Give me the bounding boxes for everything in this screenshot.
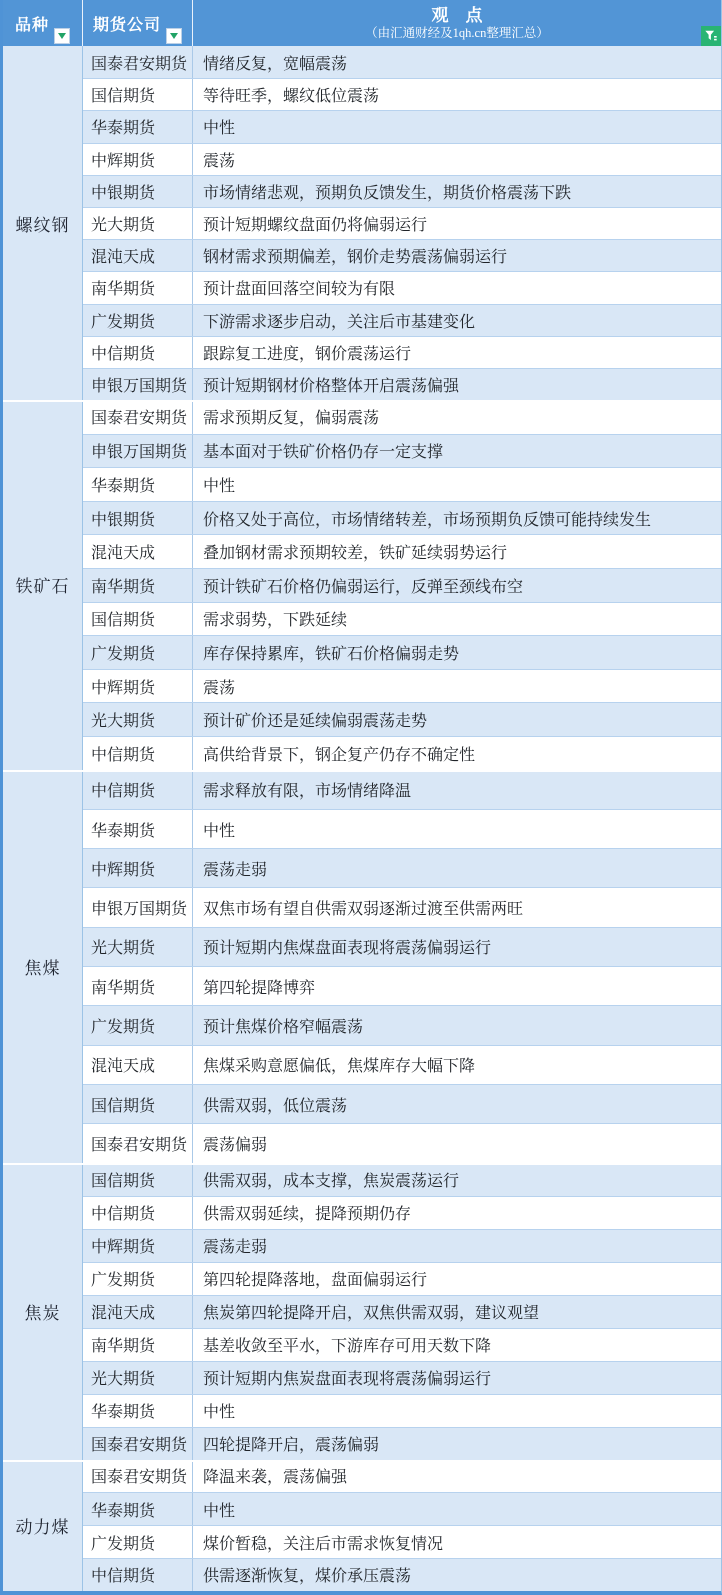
variety-cell: 铁矿石 <box>3 400 83 770</box>
company-cell: 中银期货 <box>83 502 193 535</box>
company-cell: 申银万国期货 <box>83 435 193 468</box>
table-row: 国信期货需求弱势，下跌延续 <box>83 602 721 636</box>
table-row: 国泰君安期货震荡偏弱 <box>83 1123 721 1162</box>
company-cell: 光大期货 <box>83 1362 193 1394</box>
table-row: 广发期货第四轮提降落地，盘面偏弱运行 <box>83 1262 721 1295</box>
company-cell: 国泰君安期货 <box>83 400 193 434</box>
company-cell: 国泰君安期货 <box>83 1460 193 1493</box>
table-row: 华泰期货中性 <box>83 1394 721 1427</box>
company-cell: 中辉期货 <box>83 849 193 887</box>
company-cell: 国泰君安期货 <box>83 46 193 78</box>
table-row: 国信期货等待旺季，螺纹低位震荡 <box>83 78 721 110</box>
view-cell: 跟踪复工进度，钢价震荡运行 <box>193 337 721 368</box>
table-row: 中辉期货震荡 <box>83 143 721 175</box>
view-cell: 钢材需求预期偏差，钢价走势震荡偏弱运行 <box>193 240 721 271</box>
company-cell: 华泰期货 <box>83 1395 193 1427</box>
view-cell: 预计短期内焦煤盘面表现将震荡偏弱运行 <box>193 928 721 966</box>
commodity-section: 铁矿石国泰君安期货需求预期反复，偏弱震荡申银万国期货基本面对于铁矿价格仍存一定支… <box>3 400 721 770</box>
variety-label: 焦煤 <box>25 954 61 979</box>
table-row: 国信期货供需双弱，成本支撑，焦炭震荡运行 <box>83 1163 721 1196</box>
table-row: 中信期货供需双弱延续，提降预期仍存 <box>83 1196 721 1229</box>
company-cell: 华泰期货 <box>83 111 193 142</box>
table-row: 国泰君安期货需求预期反复，偏弱震荡 <box>83 400 721 434</box>
company-cell: 广发期货 <box>83 1006 193 1044</box>
company-cell: 广发期货 <box>83 636 193 669</box>
variety-label: 螺纹钢 <box>16 211 70 236</box>
company-cell: 光大期货 <box>83 928 193 966</box>
company-cell: 中辉期货 <box>83 144 193 175</box>
variety-cell: 动力煤 <box>3 1460 83 1591</box>
view-cell: 中性 <box>193 810 721 848</box>
chevron-down-icon <box>58 33 66 39</box>
company-cell: 南华期货 <box>83 569 193 602</box>
company-cell: 中信期货 <box>83 337 193 368</box>
table-row: 中信期货供需逐渐恢复，煤价承压震荡 <box>83 1558 721 1591</box>
company-cell: 申银万国期货 <box>83 369 193 400</box>
company-cell: 南华期货 <box>83 1329 193 1361</box>
view-cell: 下游需求逐步启动，关注后市基建变化 <box>193 305 721 336</box>
company-cell: 中信期货 <box>83 770 193 809</box>
view-cell: 第四轮提降博弈 <box>193 967 721 1005</box>
table-row: 华泰期货中性 <box>83 1492 721 1525</box>
table-row: 国泰君安期货四轮提降开启，震荡偏弱 <box>83 1427 721 1460</box>
funnel-filter-button[interactable] <box>701 26 721 46</box>
table-row: 华泰期货中性 <box>83 110 721 142</box>
company-cell: 混沌天成 <box>83 1046 193 1084</box>
view-cell: 需求释放有限，市场情绪降温 <box>193 770 721 809</box>
view-cell: 基本面对于铁矿价格仍存一定支撑 <box>193 435 721 468</box>
table-row: 国信期货供需双弱，低位震荡 <box>83 1084 721 1123</box>
view-cell: 库存保持累库，铁矿石价格偏弱走势 <box>193 636 721 669</box>
view-cell: 四轮提降开启，震荡偏弱 <box>193 1428 721 1460</box>
company-cell: 中信期货 <box>83 1559 193 1591</box>
header-cell-view: 观 点 （由汇通财经及1qh.cn整理汇总） <box>193 0 721 46</box>
table-row: 国泰君安期货降温来袭，震荡偏强 <box>83 1460 721 1493</box>
company-cell: 混沌天成 <box>83 240 193 271</box>
commodity-section: 焦炭国信期货供需双弱，成本支撑，焦炭震荡运行中信期货供需双弱延续，提降预期仍存中… <box>3 1163 721 1460</box>
view-cell: 预计短期内焦炭盘面表现将震荡偏弱运行 <box>193 1362 721 1394</box>
table-row: 混沌天成钢材需求预期偏差，钢价走势震荡偏弱运行 <box>83 239 721 271</box>
view-cell: 预计铁矿石价格仍偏弱运行，反弹至颈线布空 <box>193 569 721 602</box>
company-cell: 国泰君安期货 <box>83 1428 193 1460</box>
table-row: 广发期货下游需求逐步启动，关注后市基建变化 <box>83 304 721 336</box>
view-cell: 焦煤采购意愿偏低，焦煤库存大幅下降 <box>193 1046 721 1084</box>
view-cell: 降温来袭，震荡偏强 <box>193 1460 721 1493</box>
table-row: 南华期货预计盘面回落空间较为有限 <box>83 271 721 303</box>
chevron-down-icon <box>170 33 178 39</box>
table-body: 螺纹钢国泰君安期货情绪反复，宽幅震荡国信期货等待旺季，螺纹低位震荡华泰期货中性中… <box>3 46 721 1591</box>
variety-cell: 焦炭 <box>3 1163 83 1460</box>
company-cell: 中信期货 <box>83 737 193 770</box>
table-row: 华泰期货中性 <box>83 467 721 501</box>
table-row: 中银期货市场情绪悲观，预期负反馈发生，期货价格震荡下跌 <box>83 175 721 207</box>
view-cell: 双焦市场有望自供需双弱逐渐过渡至供需两旺 <box>193 888 721 926</box>
variety-label: 铁矿石 <box>16 572 70 597</box>
table-row: 广发期货库存保持累库，铁矿石价格偏弱走势 <box>83 635 721 669</box>
view-cell: 需求弱势，下跌延续 <box>193 603 721 636</box>
table-row: 广发期货煤价暂稳，关注后市需求恢复情况 <box>83 1525 721 1558</box>
view-cell: 预计短期螺纹盘面仍将偏弱运行 <box>193 208 721 239</box>
table-header: 品种 期货公司 观 点 （由汇通财经及1qh.cn整理汇总） <box>3 0 721 46</box>
header-variety-label: 品种 <box>15 12 49 35</box>
view-cell: 中性 <box>193 468 721 501</box>
futures-views-table: 品种 期货公司 观 点 （由汇通财经及1qh.cn整理汇总） 螺纹钢国泰君安期货 <box>0 0 722 1595</box>
table-row: 光大期货预计短期螺纹盘面仍将偏弱运行 <box>83 207 721 239</box>
company-cell: 混沌天成 <box>83 535 193 568</box>
company-cell: 广发期货 <box>83 1526 193 1558</box>
variety-cell: 焦煤 <box>3 770 83 1163</box>
table-row: 广发期货预计焦煤价格窄幅震荡 <box>83 1005 721 1044</box>
view-cell: 震荡走弱 <box>193 1230 721 1262</box>
variety-cell: 螺纹钢 <box>3 46 83 400</box>
table-row: 华泰期货中性 <box>83 809 721 848</box>
view-cell: 震荡 <box>193 670 721 703</box>
header-cell-variety: 品种 <box>3 0 83 46</box>
view-column-title: 观 点 <box>432 6 483 26</box>
view-cell: 煤价暂稳，关注后市需求恢复情况 <box>193 1526 721 1558</box>
company-cell: 华泰期货 <box>83 1493 193 1525</box>
view-cell: 震荡走弱 <box>193 849 721 887</box>
company-cell: 南华期货 <box>83 967 193 1005</box>
table-row: 混沌天成叠加钢材需求预期较差，铁矿延续弱势运行 <box>83 534 721 568</box>
table-row: 申银万国期货预计短期钢材价格整体开启震荡偏强 <box>83 368 721 400</box>
company-cell: 申银万国期货 <box>83 888 193 926</box>
table-row: 光大期货预计矿价还是延续偏弱震荡走势 <box>83 702 721 736</box>
table-row: 中信期货高供给背景下，钢企复产仍存不确定性 <box>83 736 721 770</box>
view-cell: 供需逐渐恢复，煤价承压震荡 <box>193 1559 721 1591</box>
table-row: 中辉期货震荡走弱 <box>83 1229 721 1262</box>
view-cell: 市场情绪悲观，预期负反馈发生，期货价格震荡下跌 <box>193 176 721 207</box>
view-cell: 供需双弱，低位震荡 <box>193 1085 721 1123</box>
view-cell: 预计焦煤价格窄幅震荡 <box>193 1006 721 1044</box>
company-cell: 国信期货 <box>83 79 193 110</box>
view-cell: 等待旺季，螺纹低位震荡 <box>193 79 721 110</box>
view-cell: 焦炭第四轮提降开启，双焦供需双弱，建议观望 <box>193 1296 721 1328</box>
view-cell: 震荡偏弱 <box>193 1124 721 1162</box>
company-cell: 华泰期货 <box>83 468 193 501</box>
view-cell: 叠加钢材需求预期较差，铁矿延续弱势运行 <box>193 535 721 568</box>
company-cell: 中辉期货 <box>83 1230 193 1262</box>
table-row: 申银万国期货双焦市场有望自供需双弱逐渐过渡至供需两旺 <box>83 887 721 926</box>
table-row: 中辉期货震荡走弱 <box>83 848 721 887</box>
view-cell: 中性 <box>193 1395 721 1427</box>
company-cell: 中信期货 <box>83 1197 193 1229</box>
table-row: 南华期货基差收敛至平水，下游库存可用天数下降 <box>83 1328 721 1361</box>
commodity-section: 焦煤中信期货需求释放有限，市场情绪降温华泰期货中性中辉期货震荡走弱申银万国期货双… <box>3 770 721 1163</box>
view-cell: 预计短期钢材价格整体开启震荡偏强 <box>193 369 721 400</box>
company-cell: 南华期货 <box>83 272 193 303</box>
funnel-icon <box>704 29 718 43</box>
company-cell: 华泰期货 <box>83 810 193 848</box>
company-cell: 国泰君安期货 <box>83 1124 193 1162</box>
company-cell: 国信期货 <box>83 1163 193 1196</box>
commodity-section: 动力煤国泰君安期货降温来袭，震荡偏强华泰期货中性广发期货煤价暂稳，关注后市需求恢… <box>3 1460 721 1591</box>
view-cell: 震荡 <box>193 144 721 175</box>
company-cell: 中辉期货 <box>83 670 193 703</box>
company-filter-button[interactable] <box>166 28 182 44</box>
view-cell: 供需双弱延续，提降预期仍存 <box>193 1197 721 1229</box>
header-cell-company: 期货公司 <box>83 0 193 46</box>
company-cell: 广发期货 <box>83 1263 193 1295</box>
table-row: 中信期货需求释放有限，市场情绪降温 <box>83 770 721 809</box>
view-cell: 中性 <box>193 1493 721 1525</box>
table-row: 国泰君安期货情绪反复，宽幅震荡 <box>83 46 721 78</box>
header-company-label: 期货公司 <box>93 12 161 35</box>
view-cell: 高供给背景下，钢企复产仍存不确定性 <box>193 737 721 770</box>
variety-filter-button[interactable] <box>54 28 70 44</box>
view-cell: 基差收敛至平水，下游库存可用天数下降 <box>193 1329 721 1361</box>
company-cell: 中银期货 <box>83 176 193 207</box>
table-row: 申银万国期货基本面对于铁矿价格仍存一定支撑 <box>83 434 721 468</box>
table-row: 南华期货预计铁矿石价格仍偏弱运行，反弹至颈线布空 <box>83 568 721 602</box>
table-row: 混沌天成焦炭第四轮提降开启，双焦供需双弱，建议观望 <box>83 1295 721 1328</box>
company-cell: 广发期货 <box>83 305 193 336</box>
table-row: 南华期货第四轮提降博弈 <box>83 966 721 1005</box>
company-cell: 国信期货 <box>83 603 193 636</box>
view-cell: 情绪反复，宽幅震荡 <box>193 46 721 78</box>
table-row: 光大期货预计短期内焦炭盘面表现将震荡偏弱运行 <box>83 1361 721 1394</box>
variety-label: 动力煤 <box>16 1513 70 1538</box>
view-cell: 需求预期反复，偏弱震荡 <box>193 400 721 434</box>
commodity-section: 螺纹钢国泰君安期货情绪反复，宽幅震荡国信期货等待旺季，螺纹低位震荡华泰期货中性中… <box>3 46 721 400</box>
table-row: 中辉期货震荡 <box>83 669 721 703</box>
company-cell: 混沌天成 <box>83 1296 193 1328</box>
table-row: 中信期货跟踪复工进度，钢价震荡运行 <box>83 336 721 368</box>
company-cell: 国信期货 <box>83 1085 193 1123</box>
view-cell: 第四轮提降落地，盘面偏弱运行 <box>193 1263 721 1295</box>
table-row: 中银期货价格又处于高位，市场情绪转差，市场预期负反馈可能持续发生 <box>83 501 721 535</box>
view-column-subtitle: （由汇通财经及1qh.cn整理汇总） <box>365 26 549 40</box>
table-row: 混沌天成焦煤采购意愿偏低，焦煤库存大幅下降 <box>83 1045 721 1084</box>
table-row: 光大期货预计短期内焦煤盘面表现将震荡偏弱运行 <box>83 927 721 966</box>
company-cell: 光大期货 <box>83 703 193 736</box>
variety-label: 焦炭 <box>25 1299 61 1324</box>
view-cell: 预计盘面回落空间较为有限 <box>193 272 721 303</box>
view-cell: 价格又处于高位，市场情绪转差，市场预期负反馈可能持续发生 <box>193 502 721 535</box>
view-cell: 中性 <box>193 111 721 142</box>
view-cell: 供需双弱，成本支撑，焦炭震荡运行 <box>193 1163 721 1196</box>
view-cell: 预计矿价还是延续偏弱震荡走势 <box>193 703 721 736</box>
company-cell: 光大期货 <box>83 208 193 239</box>
